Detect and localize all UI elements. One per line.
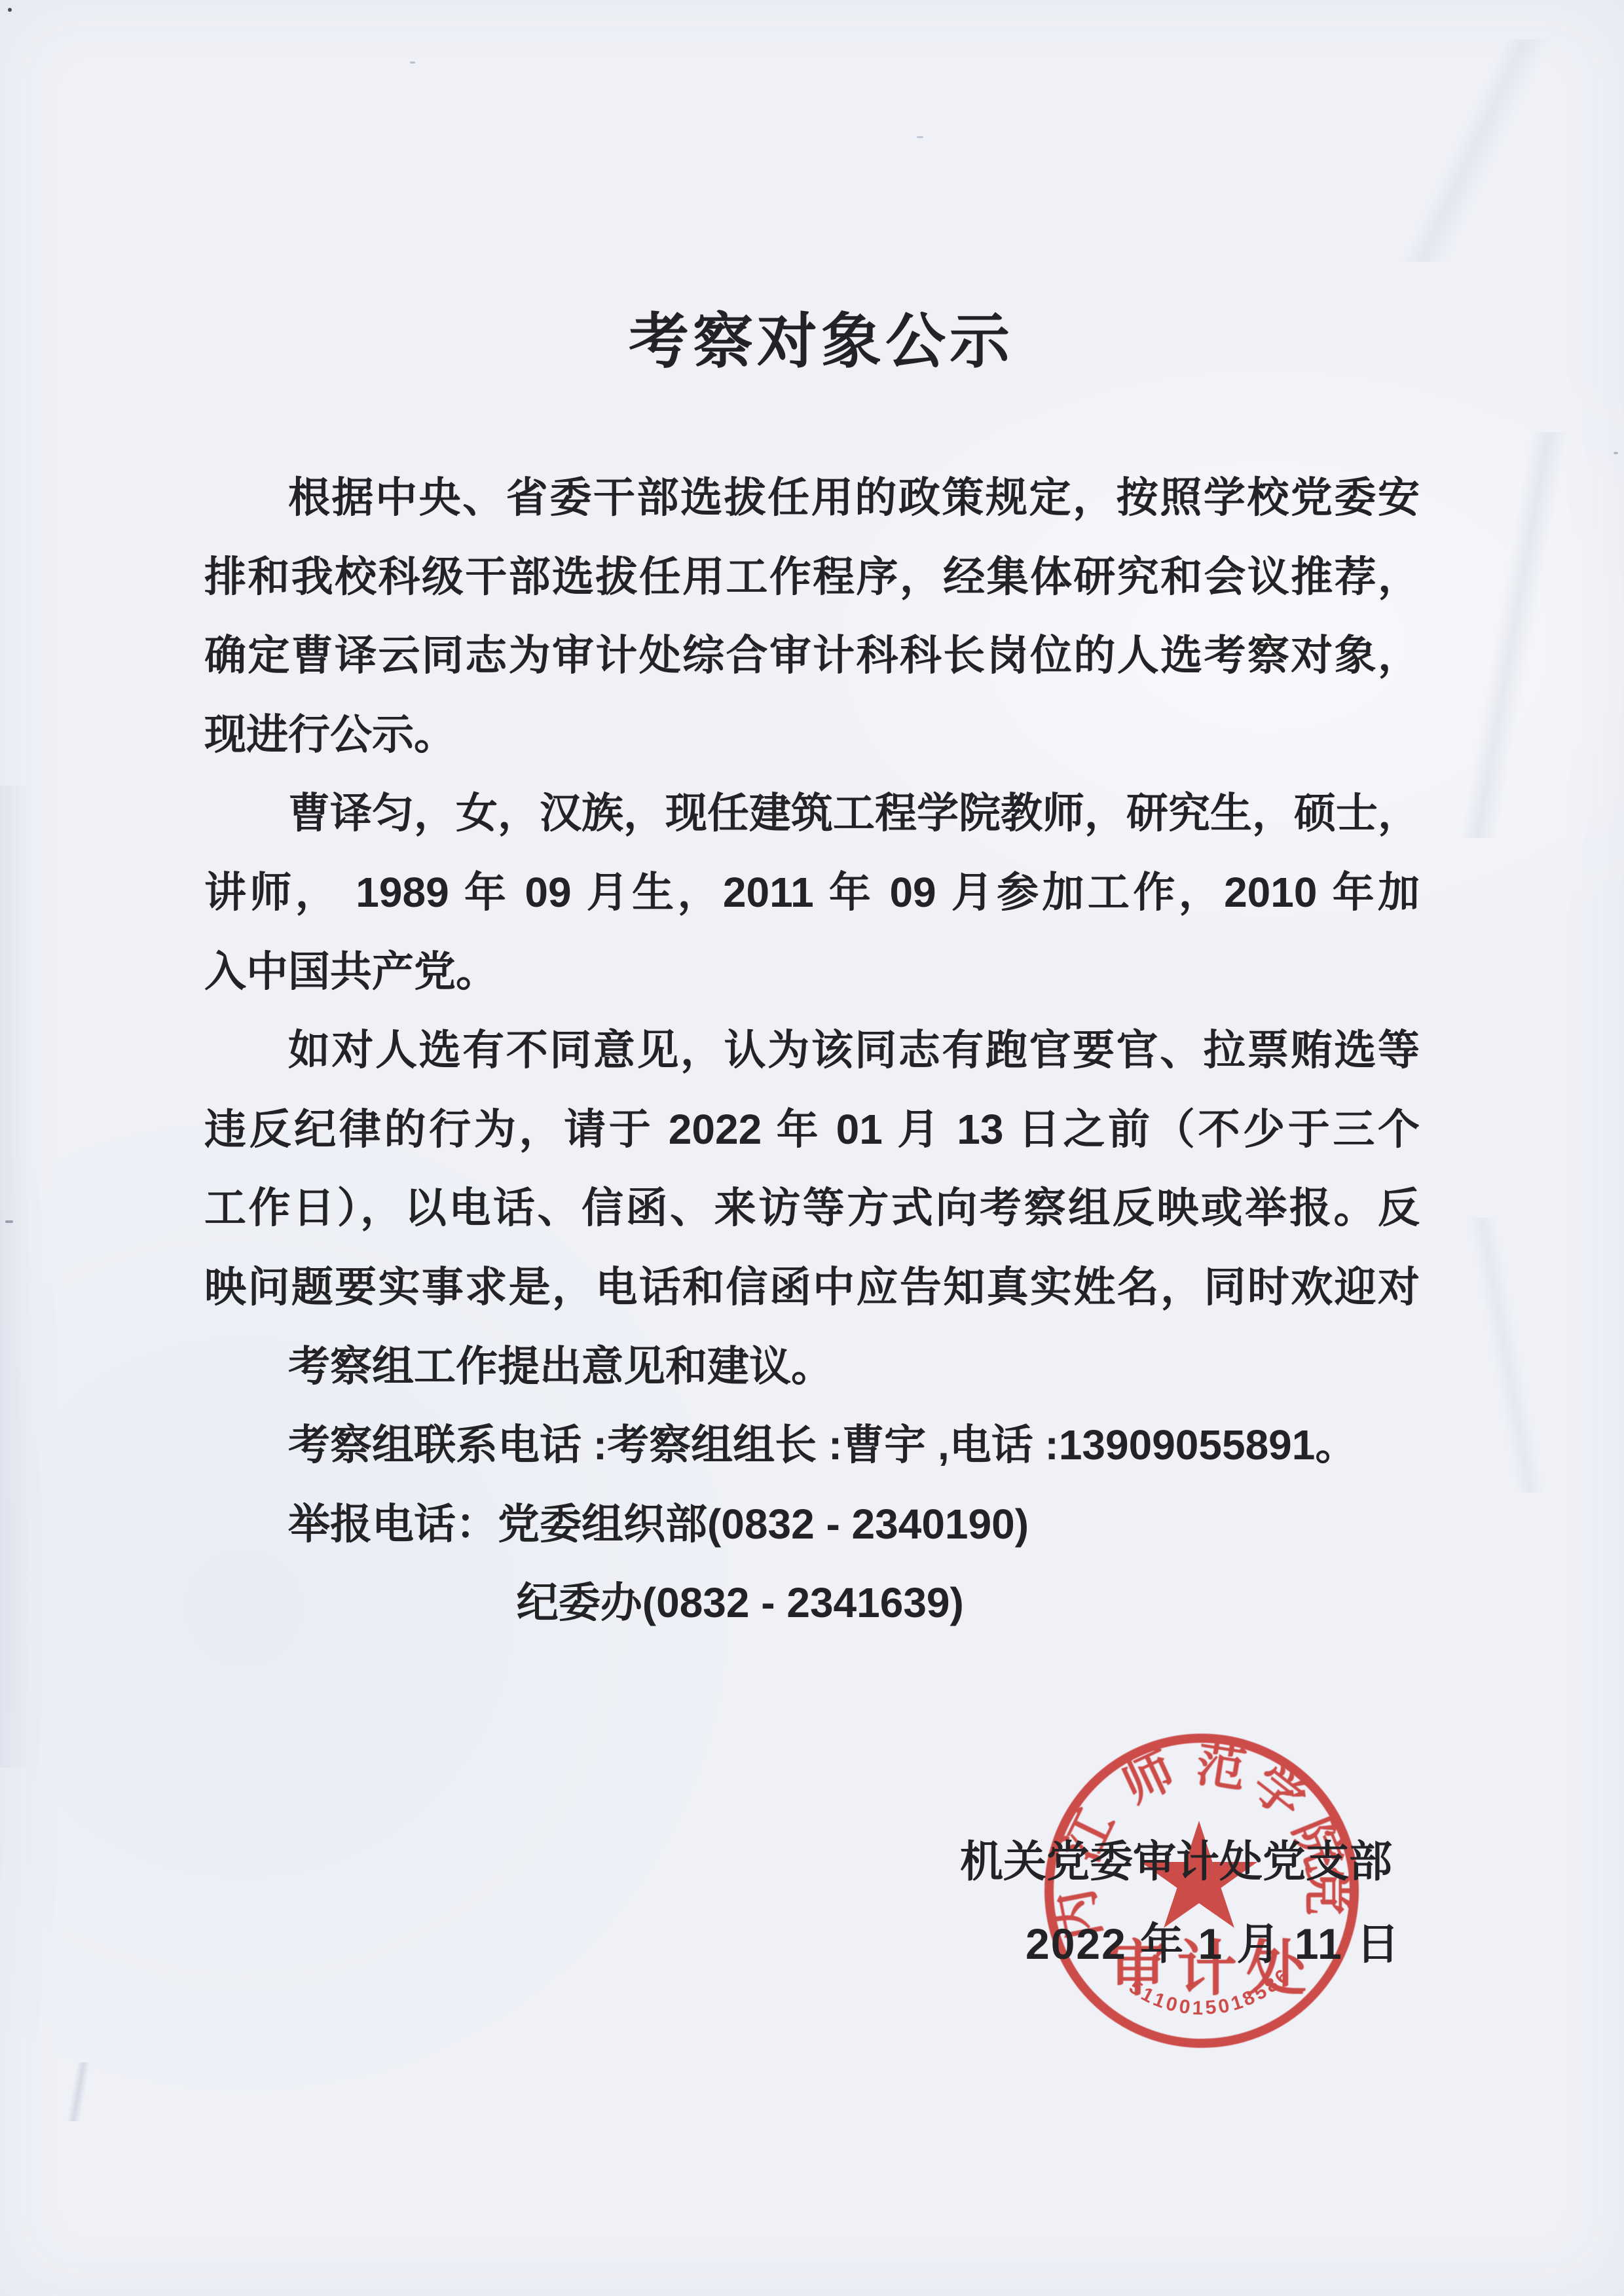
body-line: 讲师， 1989 年 09 月生，2011 年 09 月参加工作，2010 年加	[204, 853, 1420, 932]
official-seal: 审计处 内江师范学院党 5110015018586	[1044, 1734, 1359, 2048]
paper-crease	[0, 786, 46, 1768]
document-body: 根据中央、省委干部选拔任用的政策规定，按照学校党委安 排和我校科级干部选拔任用工…	[204, 458, 1420, 1643]
paper-crease	[1323, 39, 1624, 262]
body-line: 映问题要实事求是，电话和信函中应告知真实姓名，同时欢迎对	[204, 1248, 1420, 1327]
paper-crease	[1401, 432, 1624, 838]
date-line: 2022 年 1 月 11 日	[1025, 1909, 1401, 1971]
body-line: 纪委办(0832 - 2341639)	[204, 1563, 1420, 1643]
seal-serial-digit: 1	[1192, 1997, 1204, 2020]
scan-speck	[1614, 452, 1618, 454]
scan-speck	[5, 1220, 13, 1223]
body-line: 确定曹译云同志为审计处综合审计科科长岗位的人选考察对象，	[204, 616, 1420, 695]
body-line: 入中国共产党。	[204, 932, 1420, 1011]
scan-speck	[8, 8, 12, 12]
body-line: 违反纪律的行为，请于 2022 年 01 月 13 日之前（不少于三个	[204, 1090, 1420, 1169]
paper-crease	[1388, 1218, 1624, 1493]
body-line: 如对人选有不同意见，认为该同志有跑官要官、拉票贿选等	[204, 1011, 1420, 1090]
signature-line: 机关党委审计处党支部	[960, 1827, 1392, 1889]
seal-serial-digit: 5	[1204, 1997, 1217, 2020]
body-line: 考察组联系电话 :考察组组长 :曹宇 ,电话 :13909055891。	[204, 1406, 1420, 1485]
scan-speck	[917, 136, 923, 138]
scan-speck	[410, 62, 415, 64]
body-line: 根据中央、省委干部选拔任用的政策规定，按照学校党委安	[204, 458, 1420, 538]
body-line: 现进行公示。	[204, 695, 1420, 774]
body-line: 举报电话：党委组织部(0832 - 2340190)	[204, 1485, 1420, 1564]
body-line: 排和我校科级干部选拔任用工作程序，经集体研究和会议推荐，	[204, 538, 1420, 617]
body-line: 考察组工作提出意见和建议。	[204, 1327, 1420, 1406]
page-title: 考察对象公示	[629, 293, 1014, 380]
document-page: 考察对象公示 根据中央、省委干部选拔任用的政策规定，按照学校党委安 排和我校科级…	[0, 0, 1624, 2296]
paper-crease	[0, 2062, 157, 2121]
body-line: 曹译匀，女，汉族，现任建筑工程学院教师，研究生，硕士，	[204, 774, 1420, 853]
body-line: 工作日），以电话、信函、来访等方式向考察组反映或举报。反	[204, 1169, 1420, 1248]
